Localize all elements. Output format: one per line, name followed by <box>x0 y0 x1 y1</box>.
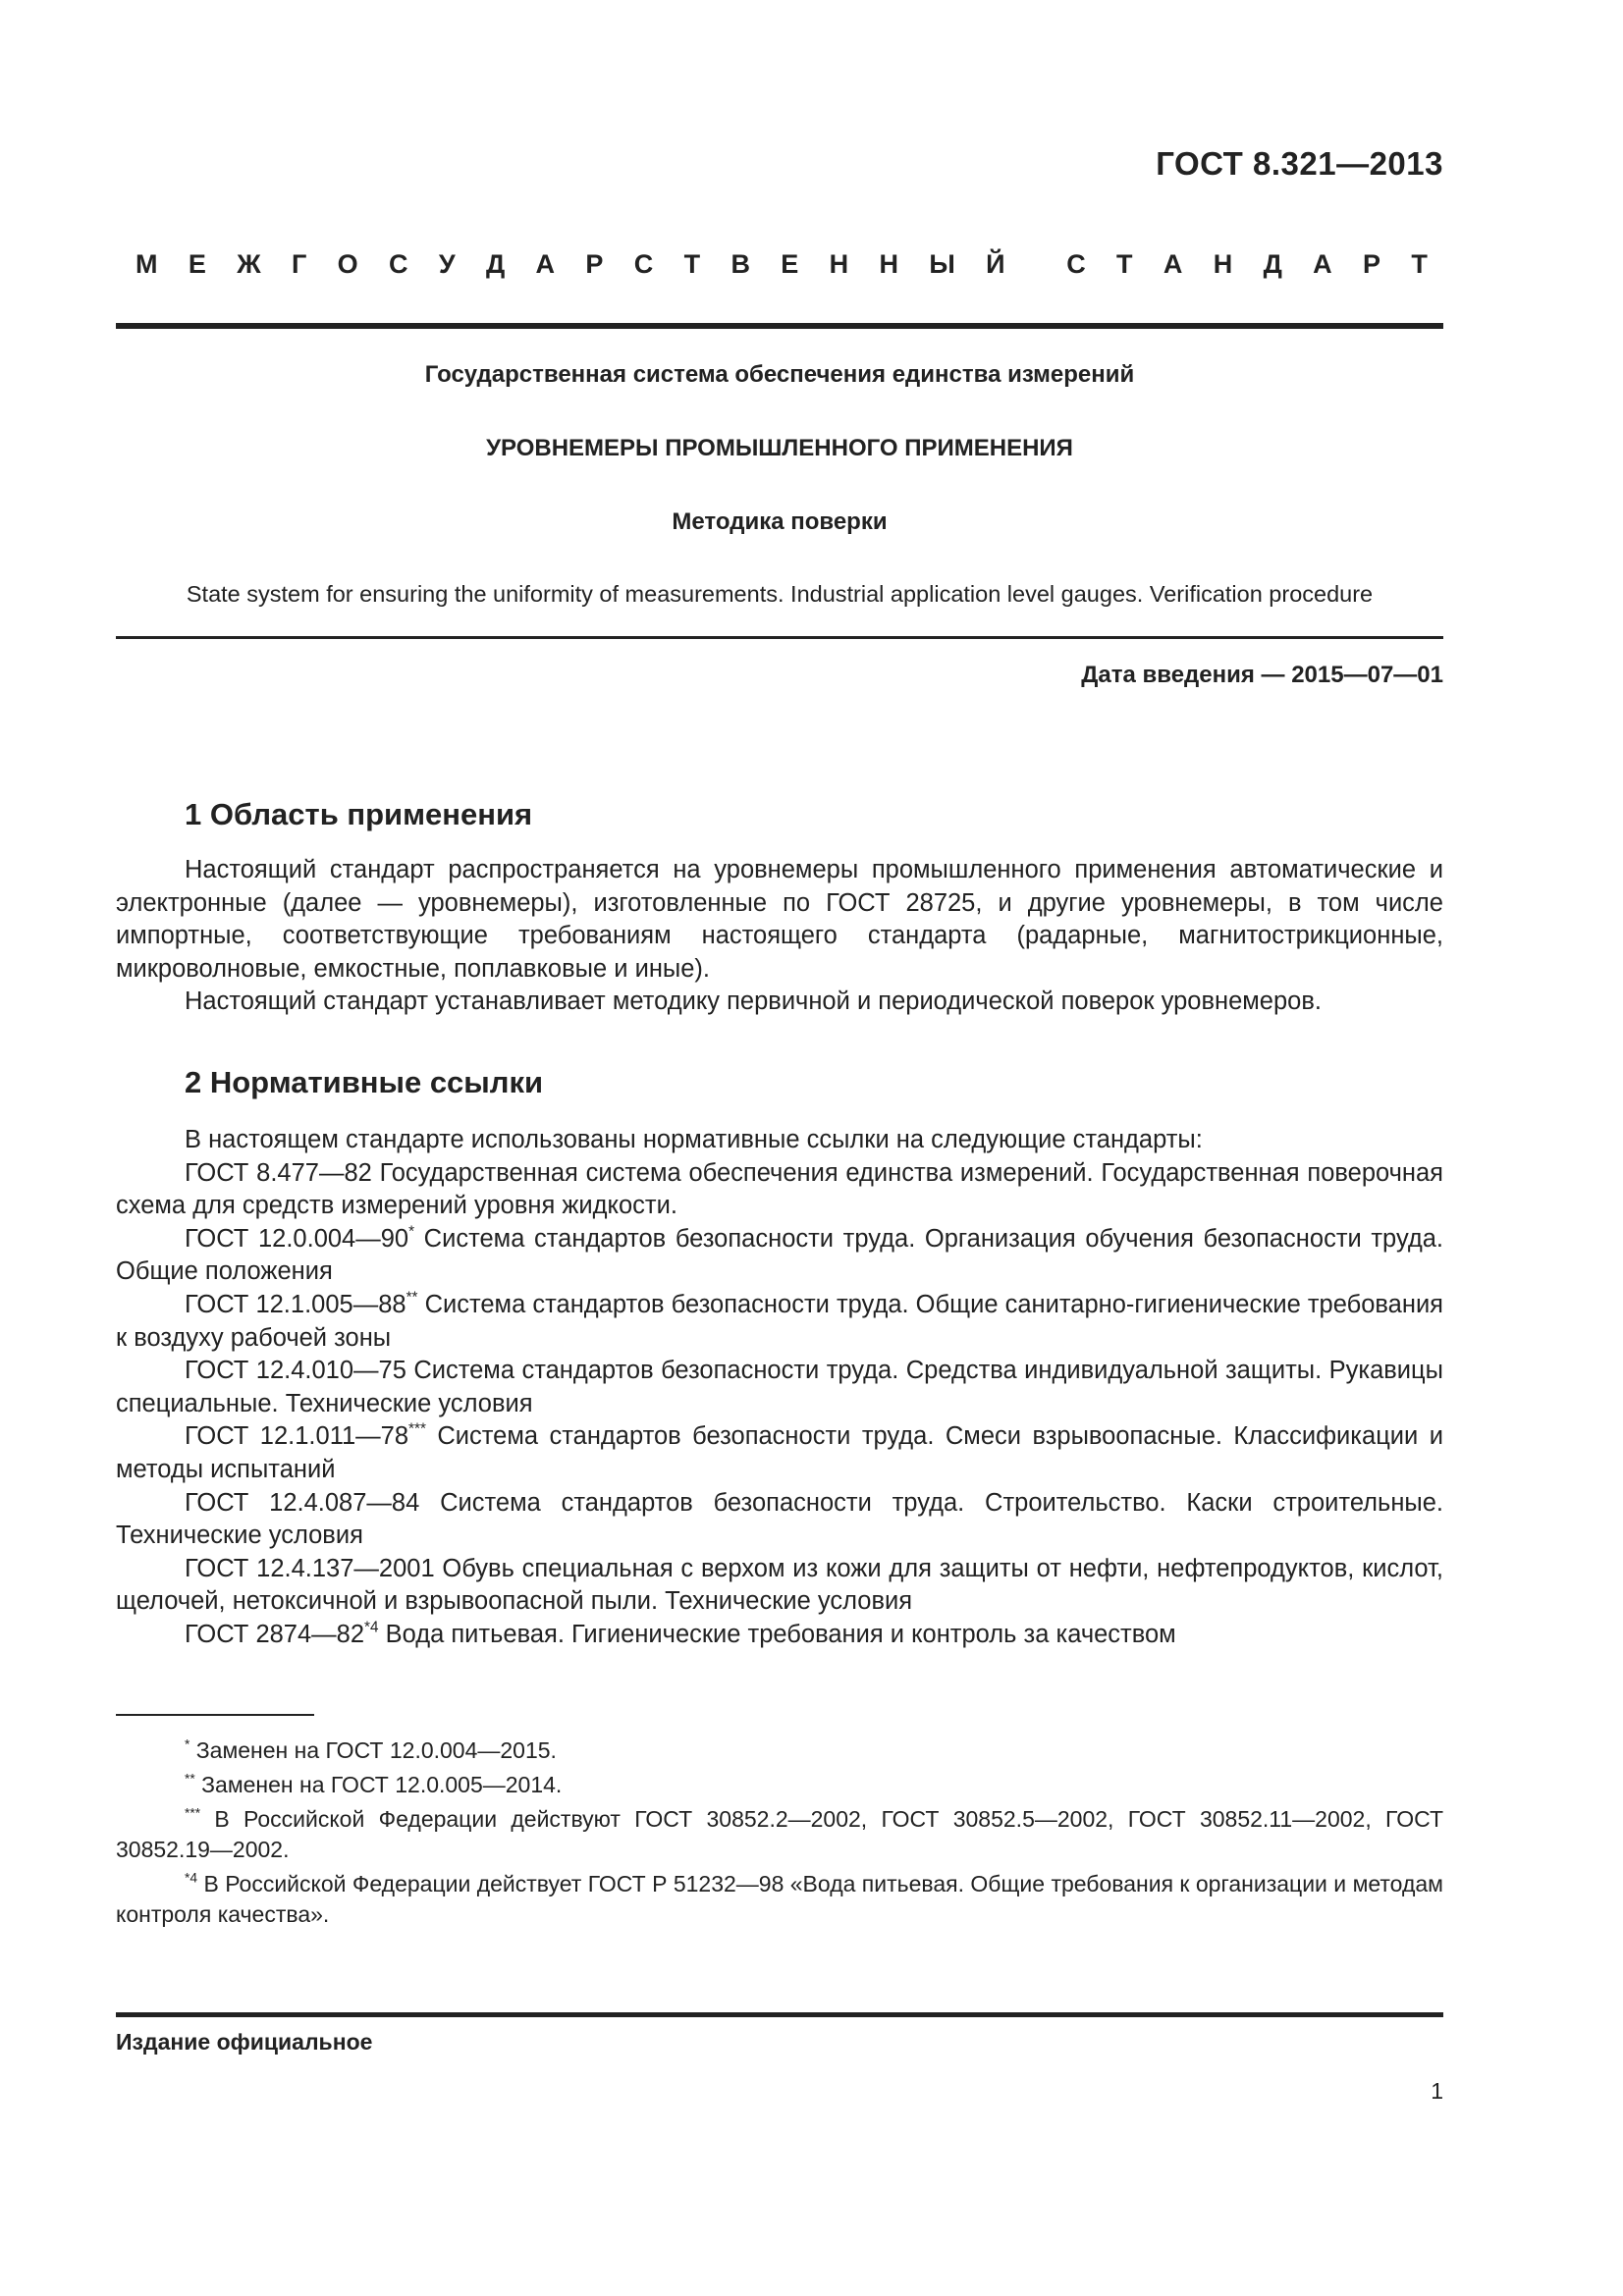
section-1-body: Настоящий стандарт распространяется на у… <box>116 854 1443 1019</box>
section-2-heading: 2 Нормативные ссылки <box>185 1065 543 1100</box>
footnote-marker: *** <box>408 1421 426 1438</box>
banner-letter: С <box>389 249 408 280</box>
banner-letter: Н <box>830 249 849 280</box>
title-rule <box>116 636 1443 639</box>
system-title: Государственная система обеспечения един… <box>116 361 1443 389</box>
banner-letter: Ж <box>237 249 260 280</box>
main-title: УРОВНЕМЕРЫ ПРОМЫШЛЕННОГО ПРИМЕНЕНИЯ <box>116 435 1443 462</box>
footnote-text: Заменен на ГОСТ 12.0.005—2014. <box>195 1772 563 1797</box>
reference-item: ГОСТ 12.1.011—78*** Система стандартов б… <box>116 1420 1443 1486</box>
reference-code: ГОСТ 8.477—82 <box>185 1159 372 1187</box>
reference-item: ГОСТ 12.4.087—84 Система стандартов безо… <box>116 1487 1443 1553</box>
footnote-marker: ** <box>406 1289 418 1306</box>
effective-date: Дата введения — 2015—07—01 <box>1081 662 1443 689</box>
reference-code: ГОСТ 2874—82 <box>185 1621 364 1648</box>
reference-item: ГОСТ 12.1.005—88** Система стандартов бе… <box>116 1289 1443 1355</box>
header-rule <box>116 323 1443 329</box>
banner-letter: А <box>1313 249 1332 280</box>
banner-letter: Д <box>486 249 505 280</box>
banner-letter: У <box>439 249 456 280</box>
reference-item: ГОСТ 12.4.137—2001 Обувь специальная с в… <box>116 1553 1443 1619</box>
section-1-paragraph: Настоящий стандарт распространяется на у… <box>116 854 1443 986</box>
section-2-intro: В настоящем стандарте использованы норма… <box>116 1124 1443 1157</box>
footnote: ** Заменен на ГОСТ 12.0.005—2014. <box>116 1770 1443 1800</box>
footnote: *** В Российской Федерации действуют ГОС… <box>116 1804 1443 1865</box>
banner-letter: Й <box>986 249 1004 280</box>
reference-code: ГОСТ 12.4.137—2001 <box>185 1555 435 1582</box>
banner-letter: Ы <box>929 249 954 280</box>
official-edition-label: Издание официальное <box>116 2029 372 2056</box>
reference-code: ГОСТ 12.0.004—90 <box>185 1225 408 1253</box>
banner-letter: Е <box>781 249 798 280</box>
footnote-rule <box>116 1714 314 1716</box>
banner-letter: О <box>338 249 358 280</box>
reference-code: ГОСТ 12.1.011—78 <box>185 1422 408 1450</box>
footnote-text: В Российской Федерации действуют ГОСТ 30… <box>116 1806 1443 1862</box>
reference-item: ГОСТ 12.4.010—75 Система стандартов безо… <box>116 1355 1443 1420</box>
footnote-marker: *4 <box>185 1870 197 1885</box>
banner-letter: Н <box>879 249 898 280</box>
banner-letter: Р <box>585 249 603 280</box>
banner-letter: М <box>135 249 158 280</box>
english-title: State system for ensuring the uniformity… <box>116 581 1443 608</box>
banner-letter: Н <box>1214 249 1233 280</box>
footer-rule <box>116 2012 1443 2017</box>
section-1-heading: 1 Область применения <box>185 797 532 832</box>
banner-letter: В <box>730 249 750 280</box>
footnote-marker: ** <box>185 1771 195 1786</box>
reference-item: ГОСТ 2874—82*4 Вода питьевая. Гигиеничес… <box>116 1619 1443 1652</box>
footnote: *4 В Российской Федерации действует ГОСТ… <box>116 1869 1443 1930</box>
subtitle: Методика поверки <box>116 508 1443 536</box>
footnote-marker: *** <box>185 1805 200 1820</box>
reference-code: ГОСТ 12.4.087—84 <box>185 1489 419 1517</box>
banner-letter: А <box>536 249 556 280</box>
reference-code: ГОСТ 12.4.010—75 <box>185 1357 406 1384</box>
document-code: ГОСТ 8.321—2013 <box>1156 145 1443 183</box>
reference-item: ГОСТ 12.0.004—90* Система стандартов без… <box>116 1223 1443 1289</box>
section-2-body: В настоящем стандарте использованы норма… <box>116 1124 1443 1652</box>
reference-text: Вода питьевая. Гигиенические требования … <box>379 1621 1176 1648</box>
banner-letter: Д <box>1264 249 1282 280</box>
section-1-paragraph: Настоящий стандарт устанавливает методик… <box>116 986 1443 1019</box>
interstate-standard-banner: МЕЖГОСУДАРСТВЕННЫЙ СТАНДАРТ <box>135 249 1428 280</box>
banner-letter: Т <box>1411 249 1428 280</box>
footnote-marker: *4 <box>364 1619 378 1635</box>
footnote-text: Заменен на ГОСТ 12.0.004—2015. <box>189 1737 557 1763</box>
footnote-text: В Российской Федерации действует ГОСТ Р … <box>116 1871 1443 1927</box>
footnote: * Заменен на ГОСТ 12.0.004—2015. <box>116 1735 1443 1766</box>
page-number: 1 <box>1431 2078 1443 2105</box>
banner-letter: С <box>1066 249 1086 280</box>
banner-letter: Т <box>684 249 701 280</box>
banner-letter: Г <box>292 249 306 280</box>
banner-letter: С <box>634 249 654 280</box>
banner-letter: А <box>1163 249 1183 280</box>
reference-item: ГОСТ 8.477—82 Государственная система об… <box>116 1157 1443 1223</box>
banner-letter: Т <box>1116 249 1133 280</box>
banner-letter: Е <box>189 249 206 280</box>
footnotes: * Заменен на ГОСТ 12.0.004—2015.** Замен… <box>116 1735 1443 1934</box>
banner-letter: Р <box>1363 249 1380 280</box>
reference-code: ГОСТ 12.1.005—88 <box>185 1291 406 1318</box>
